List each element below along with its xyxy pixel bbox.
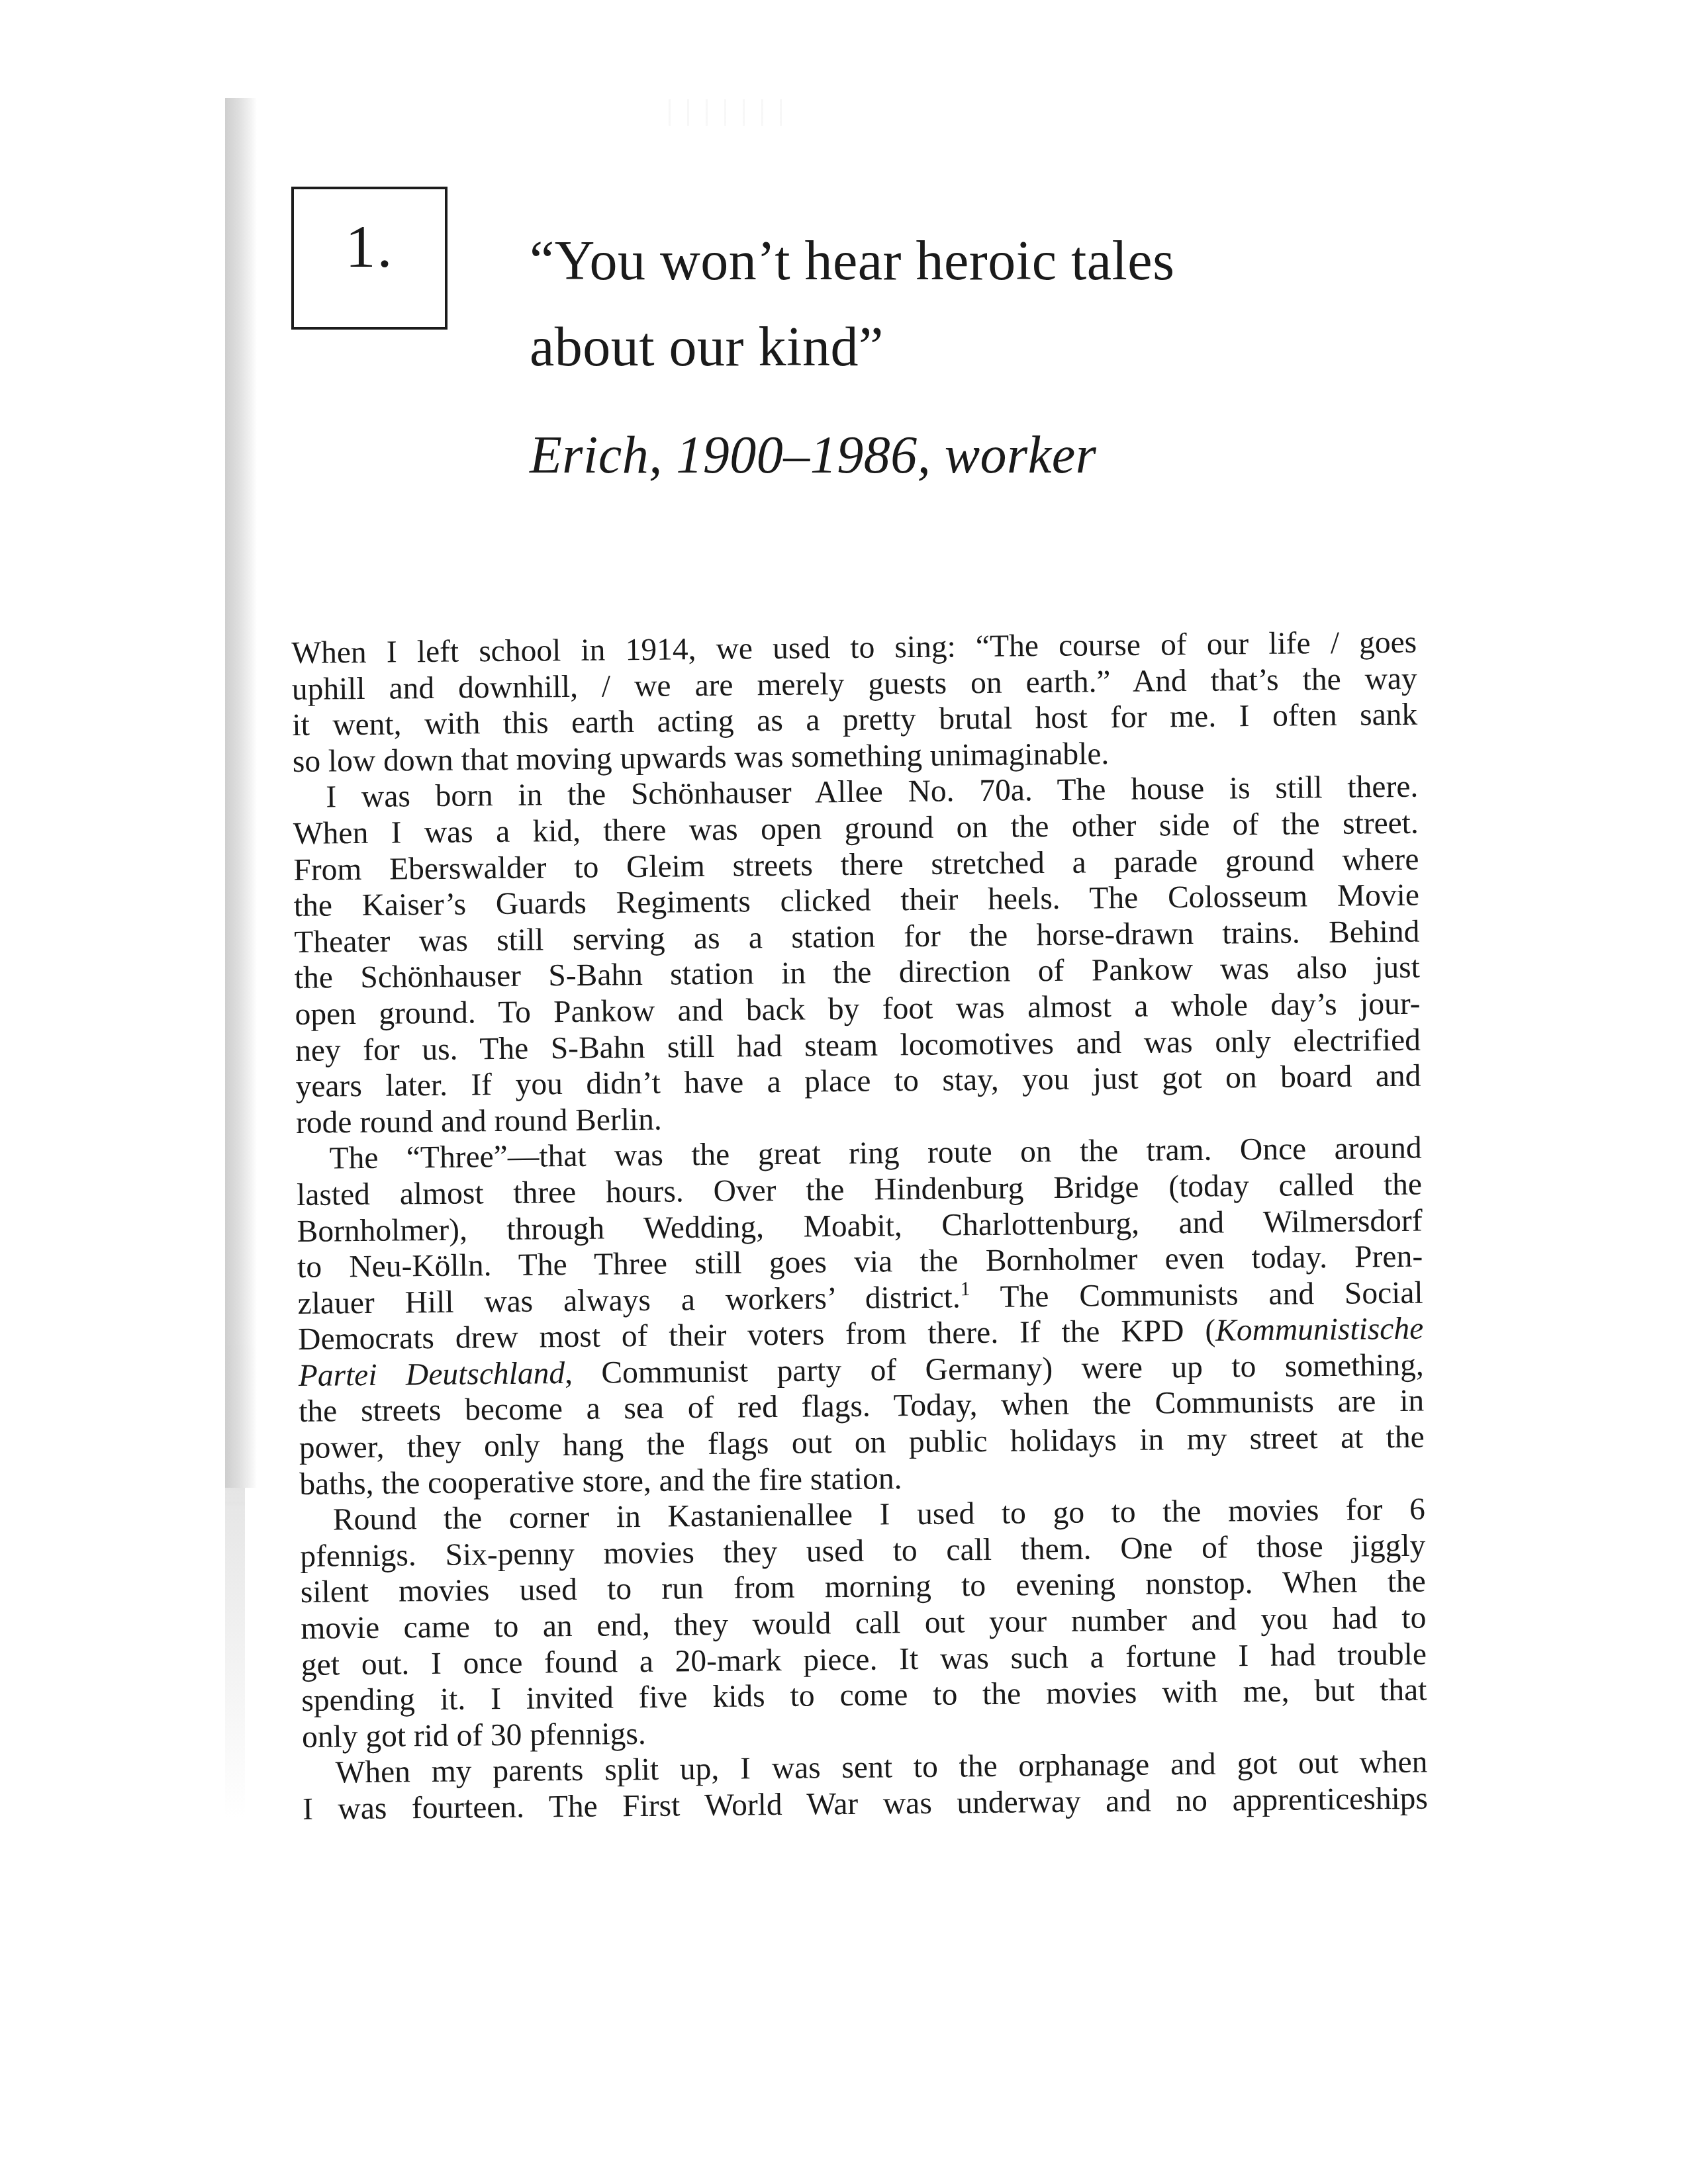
paragraph-5: When my parents split up, I was sent to … (302, 1745, 1428, 1828)
chapter-number-box: 1. (291, 187, 448, 330)
chapter-number: 1. (346, 216, 394, 277)
italic-term: Kommunistische (1215, 1312, 1424, 1348)
text-segment: zlauer Hill was always a workers’ distri… (297, 1280, 960, 1321)
scanned-book-page: 1. “You won’t hear heroic tales about ou… (0, 0, 1700, 2184)
italic-term: Partei Deutschland (298, 1356, 565, 1393)
chapter-heading: “You won’t hear heroic tales about our k… (530, 218, 1390, 482)
body-text: When I left school in 1914, we used to s… (291, 625, 1428, 1828)
paragraph-1: When I left school in 1914, we used to s… (291, 625, 1418, 780)
bleed-through-marks (669, 99, 788, 126)
scan-gutter-shadow (225, 98, 257, 1488)
paragraph-3: The “Three”—that was the great ring rout… (296, 1130, 1425, 1502)
paragraph-4: Round the corner in Kastanienallee I use… (300, 1492, 1428, 1755)
paragraph-2: I was born in the Schönhauser Allee No. … (293, 769, 1421, 1141)
chapter-title-line-2: about our kind” (530, 304, 1390, 390)
text-segment: The Communists and Social (970, 1275, 1423, 1314)
chapter-title: “You won’t hear heroic tales about our k… (530, 218, 1390, 390)
chapter-title-line-1: “You won’t hear heroic tales (530, 218, 1390, 304)
chapter-subtitle: Erich, 1900–1986, worker (530, 429, 1390, 482)
footnote-reference[interactable]: 1 (960, 1278, 970, 1300)
